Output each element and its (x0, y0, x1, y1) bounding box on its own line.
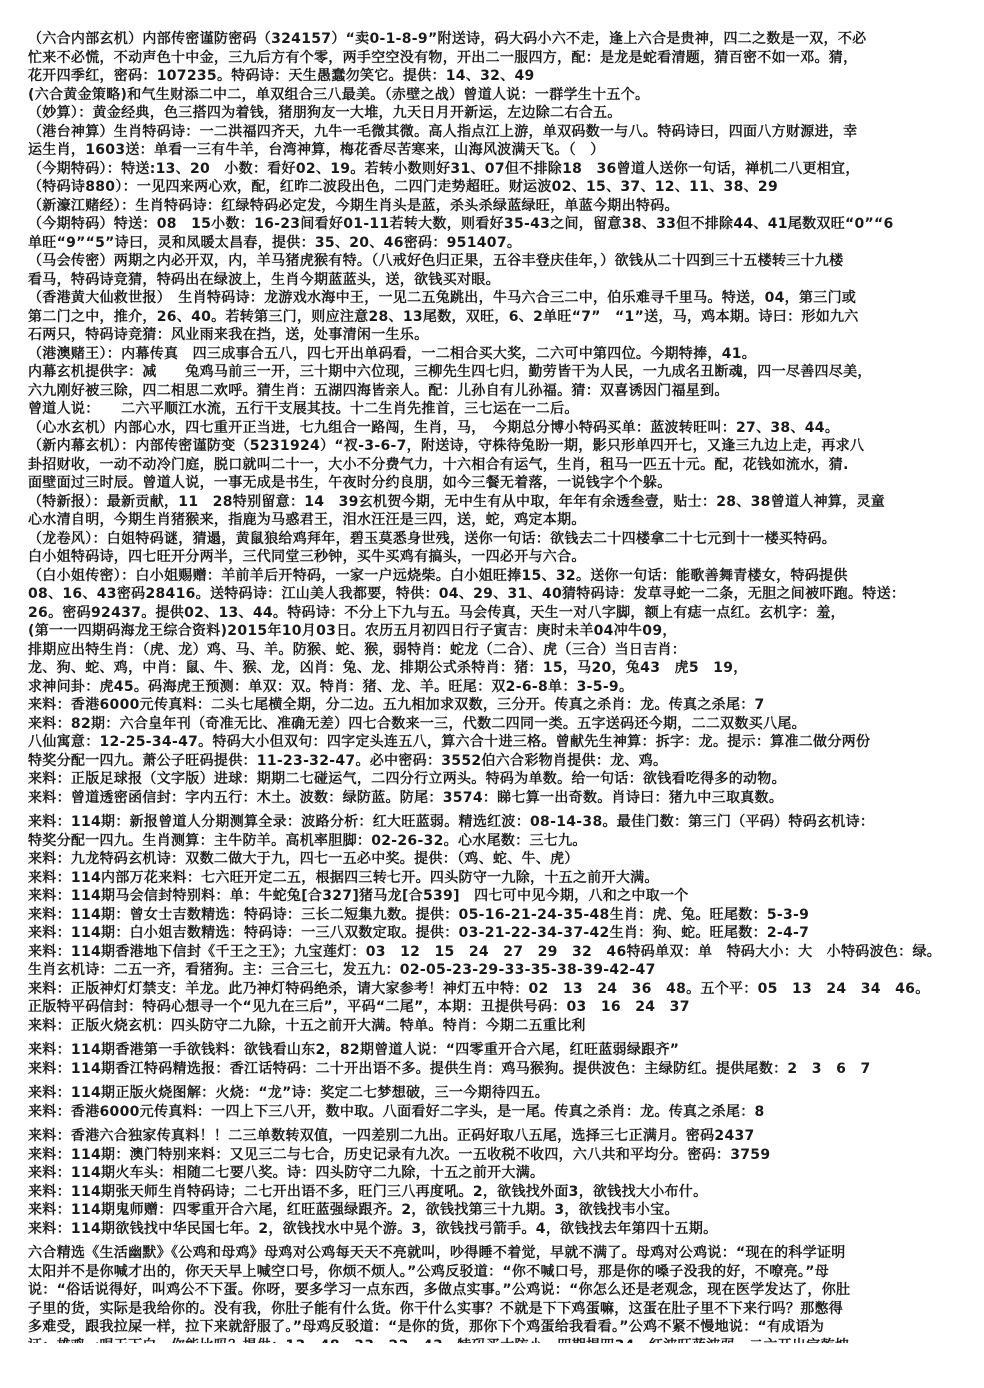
text-line: 来料：114期：曾女士吉数精选：特码诗：三长二短集九数。提供：05-16-21-… (28, 906, 980, 925)
text-line: 来料：正版火烧玄机：四头防守二九除，十五之前开大满。特单。特肖：今期二五重比利 (28, 1017, 980, 1036)
text-line: 曾道人说： 二六平顺江水流，五行干支展其技。十二生肖先推首，三七运在一二后。 (28, 400, 980, 419)
text-line: （新濠江赌经）：生肖特码诗：红绿特码必定发，今期生肖头是蓝，杀头杀绿蓝绿旺，单蓝… (28, 197, 980, 216)
text-line: 面壁面过三时辰。曾道人说，一事无成是书生，午夜时分约良朋，如今三餐无着落，一说钱… (28, 474, 980, 493)
text-line: （六合内部玄机）内部传密谨防密码（324157）“卖0-1-8-9”附送诗，码大… (28, 30, 980, 49)
text-line: 来料：114期马会信封特别料：单：牛蛇兔[合327]猪马龙[合539] 四七可中… (28, 887, 980, 906)
text-line: 六九刚好被三除，四二相思二欢呼。猜生肖：五湖四海皆亲人。配：儿孙自有儿孙福。猜：… (28, 382, 980, 401)
text-line: （新内幕玄机）：内部传密谨防变（5231924）“衩-3-6-7，附送诗，守株待… (28, 437, 980, 456)
text-line: （港澳赌王）：内幕传真 四三成事合五八，四七开出单码看，一二相合买大奖，二六可中… (28, 345, 980, 364)
text-line: 求神问卦：虎45。码海虎王预测：单双：双。特肖：猪、龙、羊。旺尾：双2-6-8单… (28, 678, 980, 697)
text-line: 来料：114期：白小姐吉数精选：特码诗：一三八双数定取。提供：03-21-22-… (28, 924, 980, 943)
text-line: （龙卷风）：白姐特码谜，猜遢，黄鼠狼给鸡拜年，碧玉莫悉身世残，送你一句话：欲钱去… (28, 530, 980, 549)
text-line: 八仙寓意：12-25-34-47。特码大小但双句：四字定头连五八，算六合十进三格… (28, 733, 980, 752)
text-line: 说：“俗话说得好，叫鸡公不下蛋。你呀，要多学习一点东西，多做点实事。”公鸡说：“… (28, 1281, 980, 1300)
text-line: 来料：香港六合独家传真料！！二三单数转双值，一四差别二九出。正码好取八五尾，选择… (28, 1127, 980, 1146)
text-line: （特新报）：最新贡献，11 28特别留意：14 39玄机贺今期，无中生有从中取，… (28, 493, 980, 512)
text-line: 看马，特码诗竞猜，特码出在绿波上，生肖今期蓝蓝头，送，欲钱买对眼。 (28, 271, 980, 290)
text-line: 卦招财收，一动不动冷门庭，脱口就叫二十一，大小不分费气力，十六相合有运气，生肖，… (28, 456, 980, 475)
text-line: 来料：114期：新报曾道人分期测算全录：波路分析：红大旺蓝弱。精选红波：08-1… (28, 813, 980, 832)
text-line: 来料：香港6000元传真料：二头七尾横全期，分二边。五九相加求双数，三分开。传真… (28, 696, 980, 715)
text-line: 龙、狗、蛇、鸡，中肖：鼠、牛、猴、龙，凶肖：兔、龙、排期公式杀特肖：猪：15，马… (28, 659, 980, 678)
text-line: 来料：香港6000元传真料：一四上下三八开，数中取。八面看好二字头，是一尾。传真… (28, 1103, 980, 1122)
text-line: 来料：114期鬼师赠：四零重开合六尾，红旺蓝强绿跟齐。2，欲钱找第三十九期。3，… (28, 1201, 980, 1220)
text-line: 来料：114内部万花来料：七六旺开定二五，根据四三转七开。四头防守一九除，十五之… (28, 869, 980, 888)
text-line: 来料：114期：澳门特别来料：又见三二与七合，历史记录有九次。一五收税不收四，六… (28, 1146, 980, 1165)
text-line: （马会传密）两期之内必开双，内，羊马猪虎猴有特。（八戒好色归正果，五谷丰登庆佳年… (28, 252, 980, 271)
text-line: 来料：114期张天师生肖特码诗；二七开出语不多，旺门三八再度吼。2，欲钱找外面3… (28, 1183, 980, 1202)
text-line: 多难受，跟我拉屎一样，拉下来就舒服了。”母鸡反驳道：“是你的货，那你下个鸡蛋给我… (28, 1318, 980, 1337)
text-line: 来料：114期欲钱找中华民国七年。2，欲钱找水中晃个游。3，欲钱找弓箭手。4，欲… (28, 1220, 980, 1239)
text-line: 生肖玄机诗：二五一齐，看猪狗。主：三合三七，发五九：02-05-23-29-33… (28, 961, 980, 980)
text-line: 特奖分配一四九。生肖测算：主牛防羊。高机率胆脚：02-26-32。心水尾数：三七… (28, 832, 980, 851)
text-line: 第二门之中，推介，26、40。若转第三门，则应注意28、13尾数，双旺，6、2单… (28, 308, 980, 327)
text-line: 来料：曾道透密函信封：字内五行：木土。波数：绿防蓝。防尾：3574：睇七算一出奇… (28, 789, 980, 808)
text-line: 来料：正版神灯灯禁支：羊龙。此乃神灯特码绝杀，请大家参考！神灯五中特：02 13… (28, 980, 980, 999)
text-line: 来料：正版足球报（文字版）进球：期期二七碰运气，二四分行立两头。特码为单数。给一… (28, 770, 980, 789)
text-line: （心水玄机）内部心水，四七重开正当进，七九组合一路闯，生肖，马， 今期总分博小特… (28, 419, 980, 438)
text-line: 来料：114期香港地下信封《千王之王》；九宝莲灯：03 12 15 24 27 … (28, 943, 980, 962)
text-line: 太阳并不是你喊才出的，你天天早上喊空口号，你烦不烦人。”公鸡反驳道：“你不喊口号… (28, 1263, 980, 1282)
text-line: （特码诗880）：一见四来两心欢，配，红昨二波段出色，二四门走势超旺。财运波02… (28, 178, 980, 197)
text-line: 白小姐特码诗，四七旺开分两半，三代同堂三秒钟，买牛买鸡有搞头，一四必开与六合。 (28, 548, 980, 567)
text-line: 来料：114期香港第一手欲钱料：欲钱看山东2，82期曾道人说：“四零重开合六尾，… (28, 1041, 980, 1060)
text-line: 来料：114期香江特码精选报：香江话特码：二十开出语不多。提供生肖：鸡马猴狗。提… (28, 1060, 980, 1079)
text-line: 08、16、43密码28416。送特码诗：江山美人我都要，特供：04、29、31… (28, 585, 980, 604)
document-body: （六合内部玄机）内部传密谨防密码（324157）“卖0-1-8-9”附送诗，码大… (0, 0, 984, 1343)
text-line: （今期特码）特送：08 15小数：16-23间看好01-11若转大数，则看好35… (28, 215, 980, 234)
text-line: （妙算）：黄金经典，色三搭四为着钱，猪朋狗友一大堆，九天日月开新运，左边除二右合… (28, 104, 980, 123)
text-line: 单旺“9”“5”诗曰，灵和凤暖太昌春，提供：35、20、46密码：951407。 (28, 234, 980, 253)
text-line: 特奖分配一四九。萧公子旺码提供：11-23-32-47。必中密码：3552伯六合… (28, 752, 980, 771)
text-line: 正版特平码信封：特码心想寻一个“见九在三后”，平码“二尾”，本期：丑提供号码：0… (28, 998, 980, 1017)
text-line: 来料：114期火车头：相随二七要八奖。诗：四头防守二九除，十五之前开大满。 (28, 1164, 980, 1183)
text-line: 石两只，特码诗竞猜：风业雨来我在挡，送，处事清闲一生乐。 (28, 326, 980, 345)
text-line-clipped: 证：雄鸡一唱天下白，你能比吗？提供：13、48、33、23、43。特码买大防小，… (28, 1337, 980, 1343)
text-line: 排期应出特生肖：（虎、龙）鸡、马、羊。防猴、蛇、猴，弱特肖：蛇龙（二合）、虎（三… (28, 641, 980, 660)
text-line: 26。密码92437。提供02、13、44。特码诗：不分上下九与五。马会传真，天… (28, 604, 980, 623)
text-line: (第一一四期码海龙王综合资料)2015年10月03日。农历五月初四日行子寅吉：庚… (28, 622, 980, 641)
text-line: 来料：114期正版火烧图解：火烧：“龙”诗：奖定二七梦想破，三一今期待四五。 (28, 1084, 980, 1103)
text-line: 内幕玄机提供字：减 兔鸡马前三一开，三十期中六位现，三柳先生四七归，勤劳皆干为人… (28, 363, 980, 382)
text-line: 来料：九龙特码玄机诗：双数二做大于九，四七一五必中奖。提供：（鸡、蛇、牛、虎） (28, 850, 980, 869)
text-line: 子里的货，实际是我给你的。没有我，你肚子能有什么货。你干什么实事？不就是下下鸡蛋… (28, 1300, 980, 1319)
text-line: （港台神算）生肖特码诗：一二洪福四齐天，九牛一毛微其微。高人指点江上游，单双码数… (28, 123, 980, 142)
page: （六合内部玄机）内部传密谨防密码（324157）“卖0-1-8-9”附送诗，码大… (0, 0, 984, 1388)
text-line: 六合精选《生活幽默》《公鸡和母鸡》母鸡对公鸡每天天不亮就叫，吵得睡不着觉，早就不… (28, 1244, 980, 1263)
text-line: （香港黄大仙救世报） 生肖特码诗：龙游戏水海中王，一见二五兔跳出，牛马六合三二中… (28, 289, 980, 308)
text-line: 心水清自明，今期生肖猪猴来，指鹿为马惑君王，泪水汪汪是三四，送，蛇，鸡定本期。 (28, 511, 980, 530)
text-line: 忙来不必慌，不动声色十中金，三九后方有个零，两手空空没有物，开出二一服四方，配：… (28, 49, 980, 68)
text-line: (六合黄金策略)和气生财添二中二，单双组合三八最美。（赤壁之战）曾道人说：一群学… (28, 86, 980, 105)
text-line: 运生肖，1603送：单看一三有牛羊，台湾神算，梅花香尽苦寒来，山海风波满天飞。（… (28, 141, 980, 160)
text-line: （今期特码）：特送:13、20 小数：看好02、19。若转小数则好31、07但不… (28, 160, 980, 179)
text-line: （白小姐传密）：白小姐赐赠：羊前羊后开特码，一家一户远烧柴。白小姐旺捧15、32… (28, 567, 980, 586)
text-line: 花开四季红，密码：107235。特码诗：天生愚蠢勿笑它。提供：14、32、49 (28, 67, 980, 86)
text-line: 来料：82期：六合皇年刊（奇准无比、准确无差）四七合数来一三，代数二四同一类。五… (28, 715, 980, 734)
